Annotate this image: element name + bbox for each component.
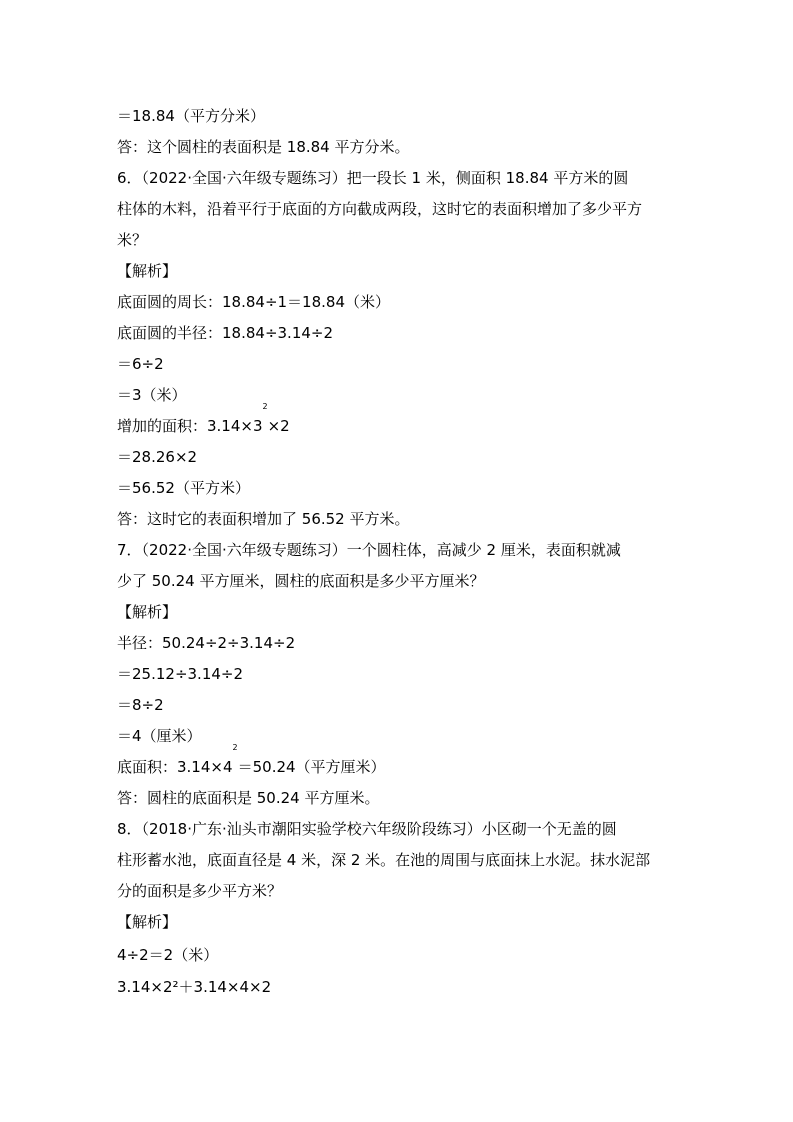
formula-text: 底面积：3.14×4	[117, 758, 233, 776]
text-line: ＝25.12÷3.14÷2	[117, 659, 677, 690]
question-6-line-3: 米？	[117, 225, 677, 256]
question-7-line-2: 少了 50.24 平方厘米，圆柱的底面积是多少平方厘米？	[117, 566, 677, 597]
text-line: 底面圆的周长：18.84÷1＝18.84（米）	[117, 287, 677, 318]
text-line: ＝4（厘米）	[117, 721, 677, 752]
text-line: ＝3（米）	[117, 380, 677, 411]
analysis-heading: 【解析】	[117, 256, 677, 287]
text-line: ＝56.52（平方米）	[117, 473, 677, 504]
text-line: 4÷2＝2（米）	[117, 938, 677, 972]
exponent: 2	[233, 743, 238, 752]
question-8-line-2: 柱形蓄水池，底面直径是 4 米，深 2 米。在池的周围与底面抹上水泥。抹水泥部	[117, 845, 677, 876]
formula-line: 底面积：3.14×42＝50.24（平方厘米）	[117, 752, 677, 783]
text-line: 半径：50.24÷2÷3.14÷2	[117, 628, 677, 659]
formula-text: ＝50.24（平方厘米）	[238, 758, 386, 776]
analysis-heading: 【解析】	[117, 907, 677, 938]
analysis-heading: 【解析】	[117, 597, 677, 628]
question-6-line-1: 6．（2022·全国·六年级专题练习）把一段长 1 米，侧面积 18.84 平方…	[117, 163, 677, 194]
question-8-line-1: 8．（2018·广东·汕头市潮阳实验学校六年级阶段练习）小区砌一个无盖的圆	[117, 814, 677, 845]
formula-text: ×2	[268, 417, 290, 435]
text-line: 底面圆的半径：18.84÷3.14÷2	[117, 318, 677, 349]
formula-text: 增加的面积：3.14×3	[117, 417, 263, 435]
answer-line: 答：这时它的表面积增加了 56.52 平方米。	[117, 504, 677, 535]
formula-line: 增加的面积：3.14×32×2	[117, 411, 677, 442]
document-page: ＝18.84（平方分米） 答：这个圆柱的表面积是 18.84 平方分米。 6．（…	[117, 101, 677, 1003]
question-7-line-1: 7．（2022·全国·六年级专题练习）一个圆柱体，高减少 2 厘米，表面积就减	[117, 535, 677, 566]
text-line: 3.14×2²＋3.14×4×2	[117, 972, 677, 1003]
question-6-line-2: 柱体的木料，沿着平行于底面的方向截成两段，这时它的表面积增加了多少平方	[117, 194, 677, 225]
answer-line: 答：圆柱的底面积是 50.24 平方厘米。	[117, 783, 677, 814]
text-line: ＝8÷2	[117, 690, 677, 721]
question-8-line-3: 分的面积是多少平方米？	[117, 876, 677, 907]
text-line: ＝28.26×2	[117, 442, 677, 473]
exponent: 2	[263, 402, 268, 411]
text-line: ＝18.84（平方分米）	[117, 101, 677, 132]
text-line: ＝6÷2	[117, 349, 677, 380]
answer-line: 答：这个圆柱的表面积是 18.84 平方分米。	[117, 132, 677, 163]
